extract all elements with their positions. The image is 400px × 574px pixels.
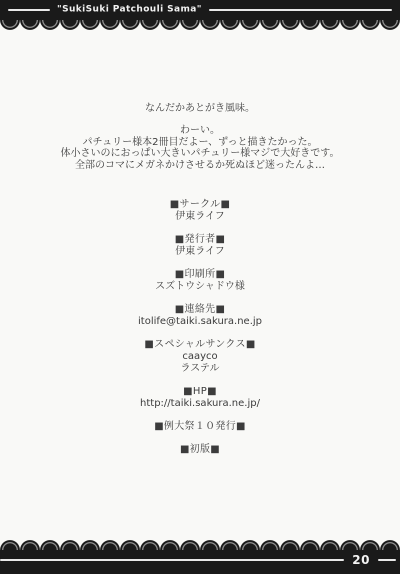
credit-header: ■HP■ [0,386,400,398]
credit-section-homepage: ■HP■ http://taiki.sakura.ne.jp/ [0,386,400,410]
bottom-banner: 20 [0,550,400,574]
credit-section-printer: ■印刷所■ スズトウシャドウ様 [0,269,400,293]
afterword-heading: なんだかあとがき風味。 [0,103,400,115]
credit-section-publisher: ■発行者■ 伊東ライフ [0,234,400,258]
credit-value: ラステル [0,363,400,375]
credit-header: ■連絡先■ [0,304,400,316]
footer-rule-left [0,559,344,561]
afterword-line: パチュリー様本2冊目だよー、ずっと描きたかった。 [0,137,400,149]
lace-border-bottom [0,537,400,550]
credit-header: ■例大祭１０発行■ [0,421,400,433]
credit-section-special-thanks: ■スペシャルサンクス■ caayco ラステル [0,339,400,375]
page-number: 20 [352,554,370,566]
credit-value: caayco [0,351,400,363]
afterword-line: 体小さいのにおっぱい大きいパチュリー様マジで大好きです。 [0,148,400,160]
credit-section-event: ■例大祭１０発行■ [0,421,400,433]
credit-value: スズトウシャドウ様 [0,281,400,293]
doujin-afterword-page: "SukiSuki Patchouli Sama" なんだかあとがき風味。 わー… [0,0,400,574]
credit-section-circle: ■サークル■ 伊東ライフ [0,199,400,223]
credit-value: 伊東ライフ [0,211,400,223]
credit-section-contact: ■連絡先■ itolife@taiki.sakura.ne.jp [0,304,400,328]
credit-header: ■印刷所■ [0,269,400,281]
banner-rule-right [209,9,392,11]
credit-value: 伊東ライフ [0,246,400,258]
credit-header: ■発行者■ [0,234,400,246]
top-banner: "SukiSuki Patchouli Sama" [0,0,400,20]
credit-section-edition: ■初版■ [0,444,400,456]
footer-rule-right [378,559,396,561]
afterword-content: なんだかあとがき風味。 わーい。 パチュリー様本2冊目だよー、ずっと描きたかった… [0,33,400,537]
book-title: "SukiSuki Patchouli Sama" [57,5,202,15]
credit-header: ■サークル■ [0,199,400,211]
contact-email: itolife@taiki.sakura.ne.jp [0,316,400,328]
credit-header: ■初版■ [0,444,400,456]
banner-rule-left [8,9,50,11]
lace-border-top [0,20,400,33]
homepage-url: http://taiki.sakura.ne.jp/ [0,398,400,410]
afterword-line: わーい。 [0,125,400,137]
credit-header: ■スペシャルサンクス■ [0,339,400,351]
afterword-paragraph: わーい。 パチュリー様本2冊目だよー、ずっと描きたかった。 体小さいのにおっぱい… [0,125,400,171]
afterword-line: 全部のコマにメガネかけさせるか死ぬほど迷ったんよ… [0,160,400,172]
